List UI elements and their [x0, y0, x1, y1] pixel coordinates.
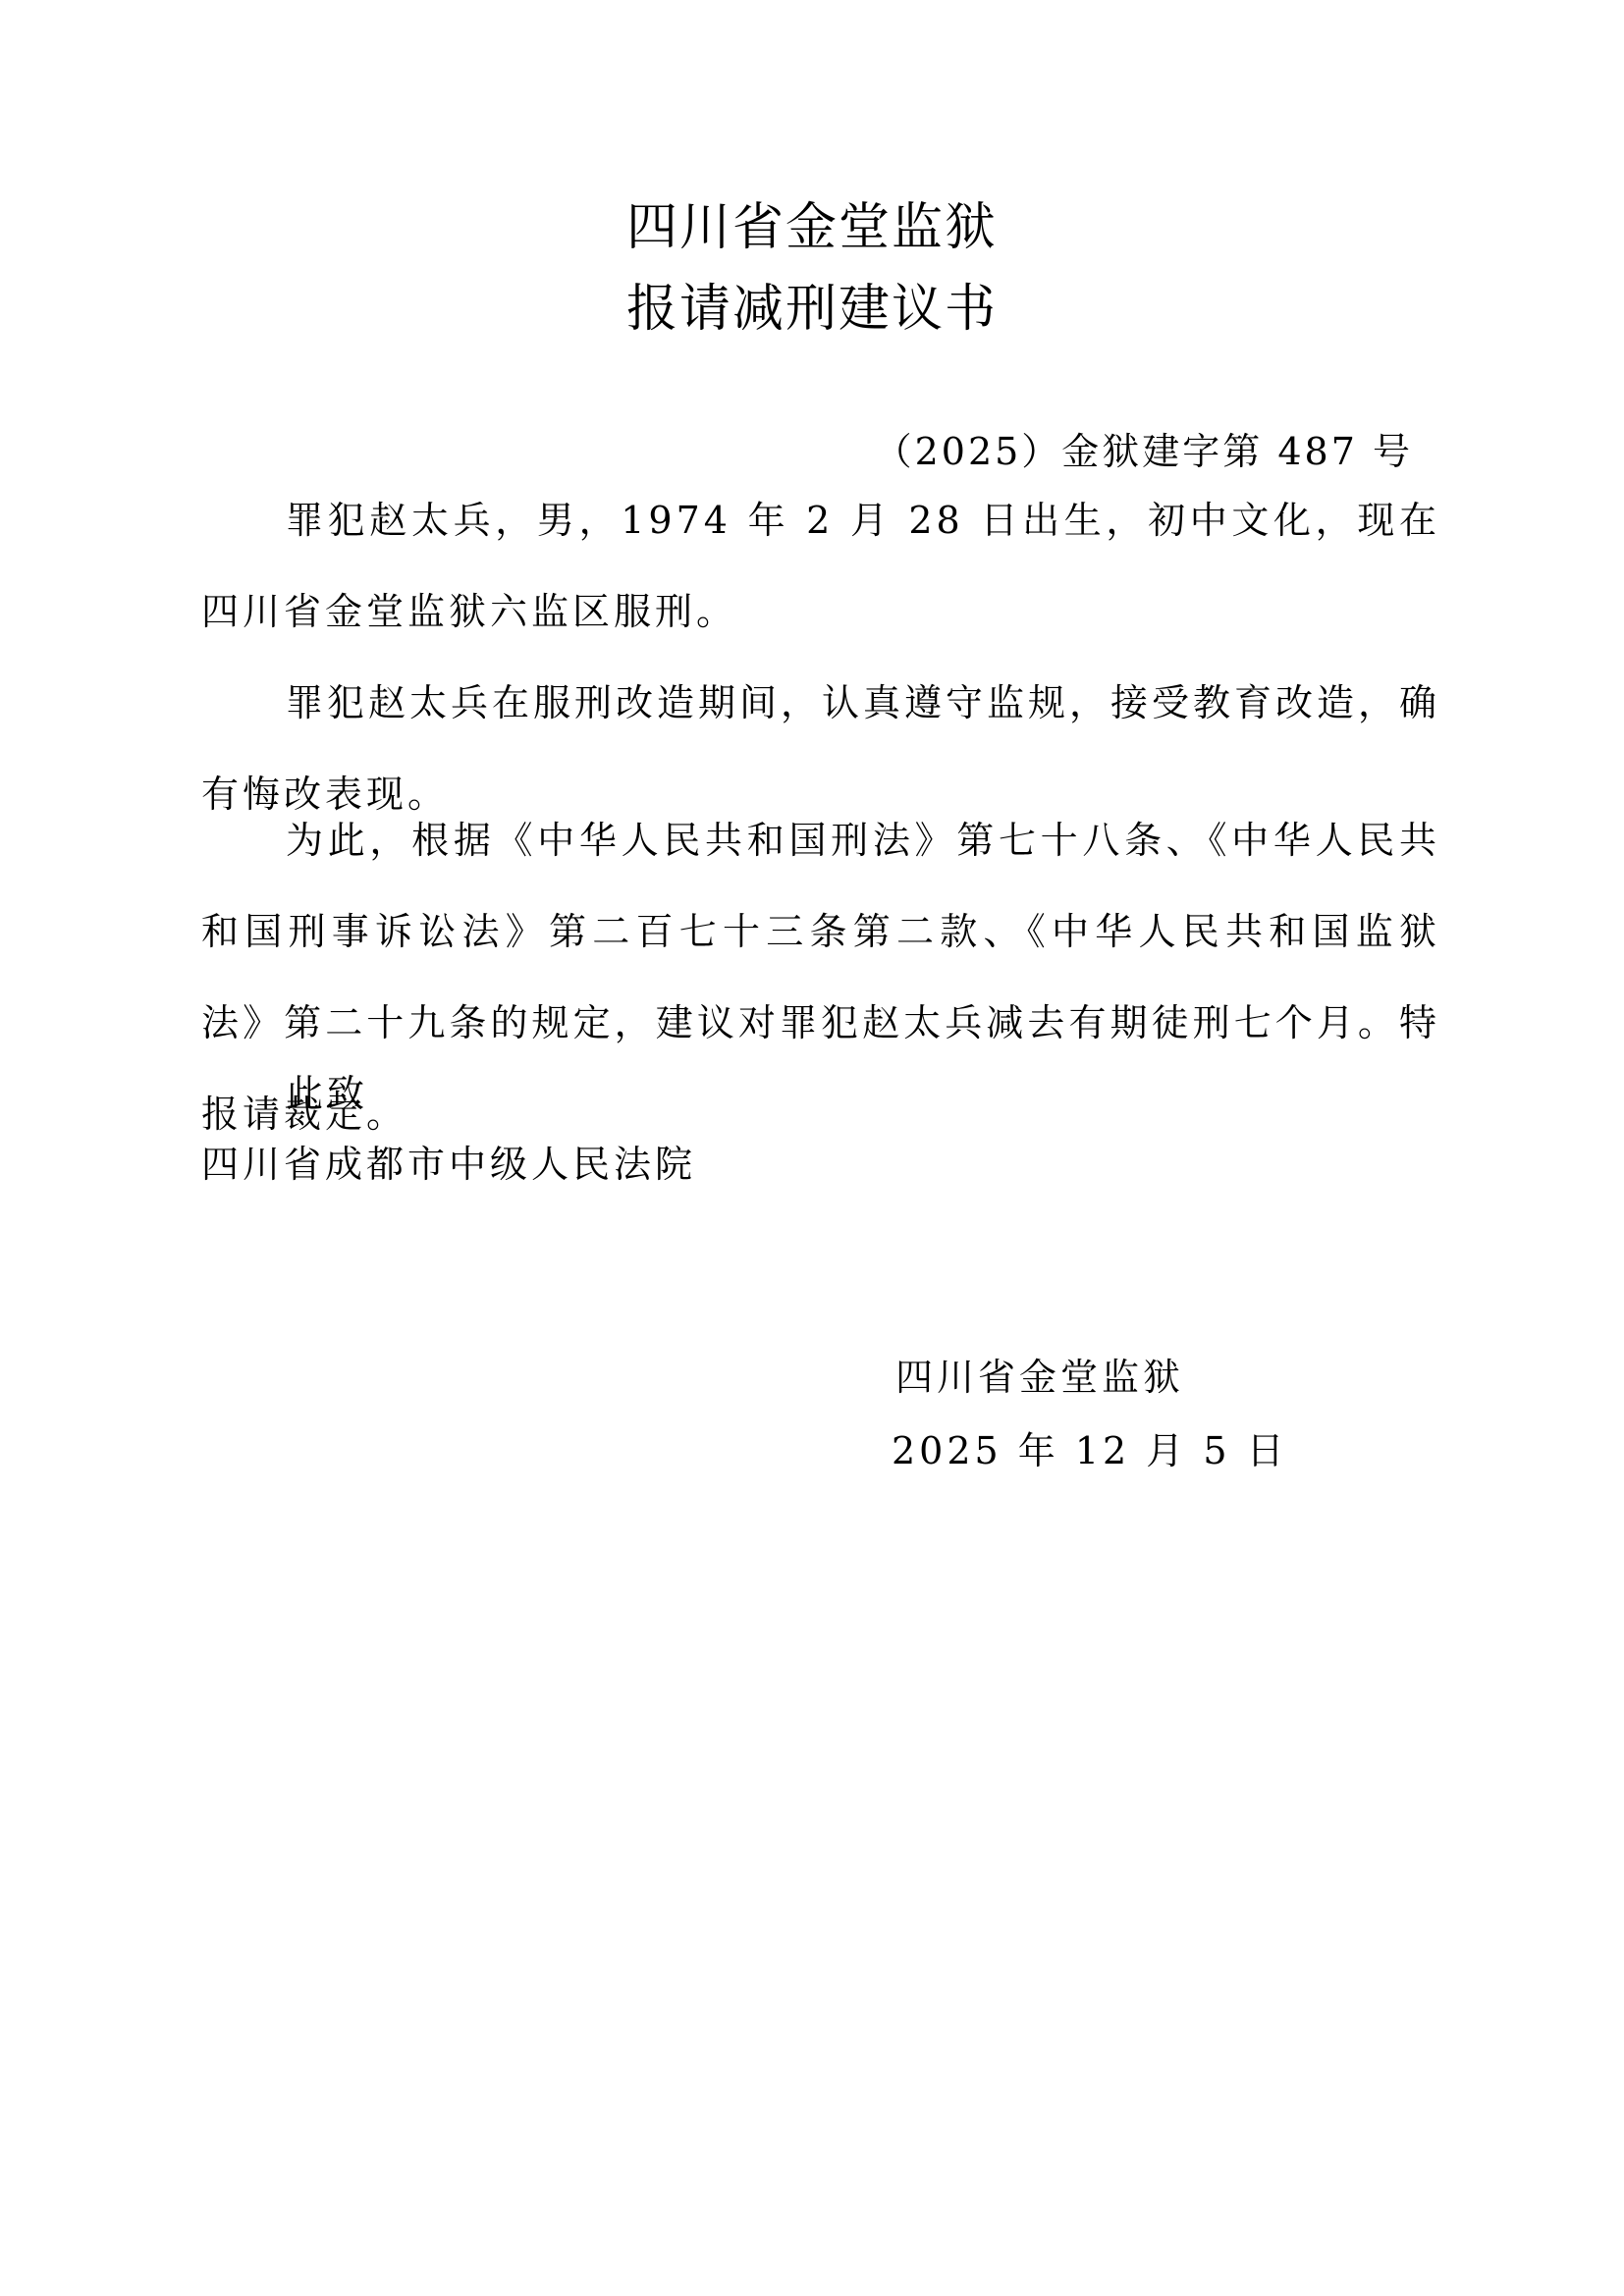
signature-organization: 四川省金堂监狱: [895, 1350, 1184, 1405]
document-page: 四川省金堂监狱 报请减刑建议书 （2025）金狱建字第 487 号 罪犯赵太兵，…: [0, 0, 1624, 2296]
document-number: （2025）金狱建字第 487 号: [875, 424, 1413, 479]
recipient-court: 四川省成都市中级人民法院: [201, 1119, 1440, 1210]
document-title-organization: 四川省金堂监狱: [0, 196, 1624, 259]
paragraph-prisoner-info: 罪犯赵太兵，男，1974 年 2 月 28 日出生，初中文化，现在四川省金堂监狱…: [201, 475, 1440, 658]
document-title-type: 报请减刑建议书: [0, 278, 1624, 341]
signature-date: 2025 年 12 月 5 日: [892, 1423, 1288, 1478]
